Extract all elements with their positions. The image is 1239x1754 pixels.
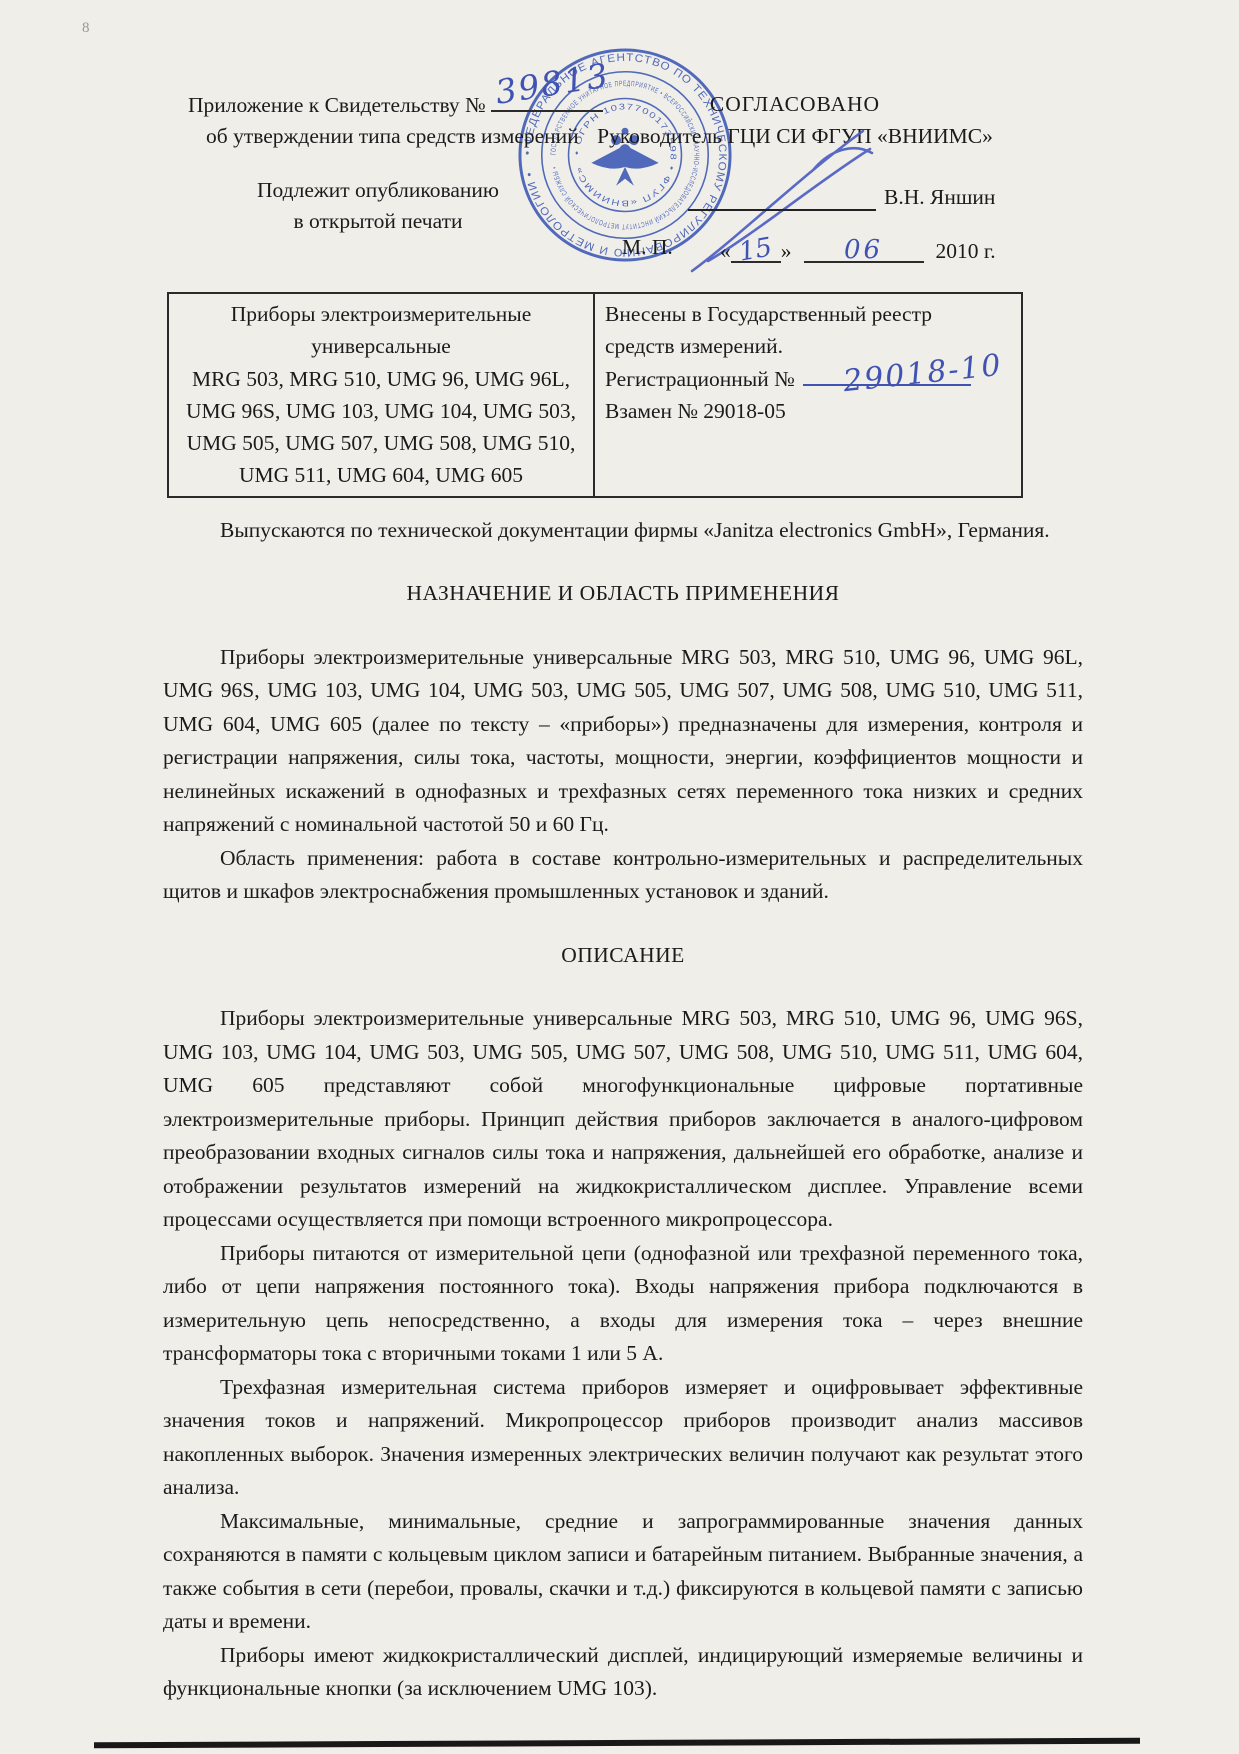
seal-and-date-row: М. П. «15»062010 г. [560, 235, 1030, 279]
approver-name: В.Н. Яншин [884, 185, 995, 210]
device-title-line1: Приборы электроизмерительные [179, 298, 583, 330]
paragraph: Максимальные, минимальные, средние и зап… [163, 1505, 1083, 1639]
section-heading-description: ОПИСАНИЕ [163, 939, 1083, 973]
document-page: 8 • ФЕДЕРАЛЬНОЕ АГЕНТСТВО ПО ТЕХНИЧЕСКОМ… [0, 0, 1239, 1754]
paragraph: Область применения: работа в составе кон… [163, 842, 1083, 909]
approver-title: Руководитель ГЦИ СИ ФГУП «ВНИИМС» [560, 124, 1030, 149]
appendix-block: Приложение к Свидетельству № 39813 об ут… [188, 90, 618, 237]
seal-mark: М. П. [622, 235, 673, 260]
approval-date: «15»062010 г. [720, 235, 996, 264]
paragraph: Приборы электроизмерительные универсальн… [163, 1002, 1083, 1237]
date-year: 2010 г. [936, 239, 996, 263]
signature-area: В.Н. Яншин [560, 149, 1030, 221]
device-models-cell: Приборы электроизмерительные универсальн… [168, 293, 594, 497]
registry-line1: Внесены в Государственный реестр [605, 298, 1011, 330]
registry-table: Приборы электроизмерительные универсальн… [167, 292, 1023, 498]
document-body: Выпускаются по технической документации … [163, 514, 1083, 1706]
registry-info-cell: Внесены в Государственный реестр средств… [594, 293, 1022, 497]
table-row: Приборы электроизмерительные универсальн… [168, 293, 1022, 497]
quote-open: « [720, 239, 731, 263]
paragraph: Приборы имеют жидкокристаллический диспл… [163, 1639, 1083, 1706]
scan-edge-artifact [94, 1738, 1140, 1749]
paragraph: Приборы электроизмерительные универсальн… [163, 641, 1083, 842]
appendix-label: Приложение к Свидетельству № [188, 93, 486, 117]
approved-label: СОГЛАСОВАНО [560, 92, 1030, 117]
section-heading-purpose: НАЗНАЧЕНИЕ И ОБЛАСТЬ ПРИМЕНЕНИЯ [163, 577, 1083, 611]
paragraph: Трехфазная измерительная система приборо… [163, 1371, 1083, 1505]
registration-number-row: Регистрационный № 29018-10 [605, 363, 1011, 395]
pencil-corner-mark: 8 [82, 20, 90, 37]
publish-note-line2: в открытой печати [188, 206, 568, 237]
quote-close: » [781, 239, 792, 263]
date-day-slot: 15 [731, 235, 781, 263]
signature-line [688, 209, 876, 211]
appendix-label-line2: об утверждении типа средств измерений [206, 124, 618, 149]
publish-note: Подлежит опубликованию в открытой печати [188, 175, 568, 237]
replaces-number: Взамен № 29018-05 [605, 395, 1011, 427]
date-month-slot: 06 [804, 235, 924, 263]
approval-block: СОГЛАСОВАНО Руководитель ГЦИ СИ ФГУП «ВН… [560, 92, 1030, 279]
registration-number-label: Регистрационный № [605, 367, 795, 391]
date-day-handwritten: 15 [737, 232, 775, 267]
intro-paragraph: Выпускаются по технической документации … [163, 514, 1083, 548]
device-models-list: MRG 503, MRG 510, UMG 96, UMG 96L, UMG 9… [179, 363, 583, 492]
publish-note-line1: Подлежит опубликованию [188, 175, 568, 206]
date-month-handwritten: 06 [844, 235, 883, 265]
document-header: 8 • ФЕДЕРАЛЬНОЕ АГЕНТСТВО ПО ТЕХНИЧЕСКОМ… [0, 0, 1239, 292]
paragraph: Приборы питаются от измерительной цепи (… [163, 1237, 1083, 1371]
device-title-line2: универсальные [179, 330, 583, 362]
